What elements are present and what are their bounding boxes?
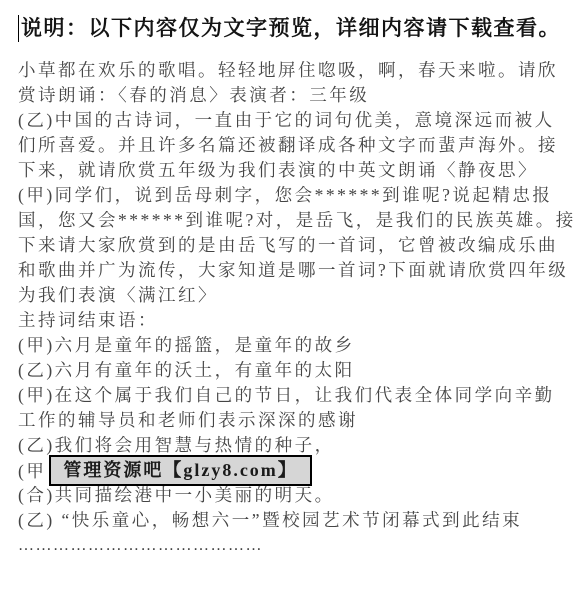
text-line: 和歌曲并广为流传，大家知道是哪一首词?下面就请欣赏四年级: [18, 258, 566, 283]
text-line: (乙)六月有童年的沃土，有童年的太阳: [18, 358, 566, 383]
text-line: 主持词结束语：: [18, 308, 566, 333]
text-line: (甲)在这个属于我们自己的节日，让我们代表全体同学向辛勤: [18, 383, 566, 408]
watermark-text-line: (甲 管理资源吧【glzy8.com】: [18, 458, 566, 483]
text-line: 赏诗朗诵：〈春的消息〉表演者：三年级: [18, 83, 566, 108]
text-line: 下来，就请欣赏五年级为我们表演的中英文朗诵〈静夜思〉: [18, 158, 566, 183]
preview-notice-text: 说明：以下内容仅为文字预览，详细内容请下载查看。: [21, 13, 561, 44]
text-line: (甲)同学们，说到岳母刺字，您会******到谁呢?说起精忠报: [18, 183, 566, 208]
text-line: 小草都在欢乐的歌唱。轻轻地屏住唿吸，啊，春天来啦。请欣: [18, 58, 566, 83]
text-line: 下来请大家欣赏到的是由岳飞写的一首词，它曾被改编成乐曲: [18, 233, 566, 258]
document-body: 小草都在欢乐的歌唱。轻轻地屏住唿吸，啊，春天来啦。请欣 赏诗朗诵：〈春的消息〉表…: [18, 58, 566, 558]
text-line: (甲)六月是童年的摇篮，是童年的故乡: [18, 333, 566, 358]
text-line: 国，您又会******到谁呢?对，是岳飞，是我们的民族英雄。接: [18, 208, 566, 233]
ellipsis-line: ……………………………………: [18, 533, 566, 558]
preview-notice: 说明：以下内容仅为文字预览，详细内容请下载查看。: [18, 13, 566, 44]
text-cursor: [18, 15, 19, 42]
text-line: (乙)中国的古诗词，一直由于它的词句优美，意境深远而被人: [18, 108, 566, 133]
document-preview-page: 说明：以下内容仅为文字预览，详细内容请下载查看。 小草都在欢乐的歌唱。轻轻地屏住…: [0, 0, 578, 600]
text-line: 工作的辅导员和老师们表示深深的感谢: [18, 408, 566, 433]
watermark-badge[interactable]: 管理资源吧【glzy8.com】: [49, 455, 311, 486]
text-line-prefix: (甲: [18, 458, 46, 483]
text-line: 为我们表演〈满江红〉: [18, 283, 566, 308]
text-line: (乙) “快乐童心，畅想六一”暨校园艺术节闭幕式到此结束: [18, 508, 566, 533]
text-line: 们所喜爱。并且许多名篇还被翻译成各种文字而蜚声海外。接: [18, 133, 566, 158]
text-line: (合)共同描绘港中一小美丽的明天。: [18, 483, 566, 508]
